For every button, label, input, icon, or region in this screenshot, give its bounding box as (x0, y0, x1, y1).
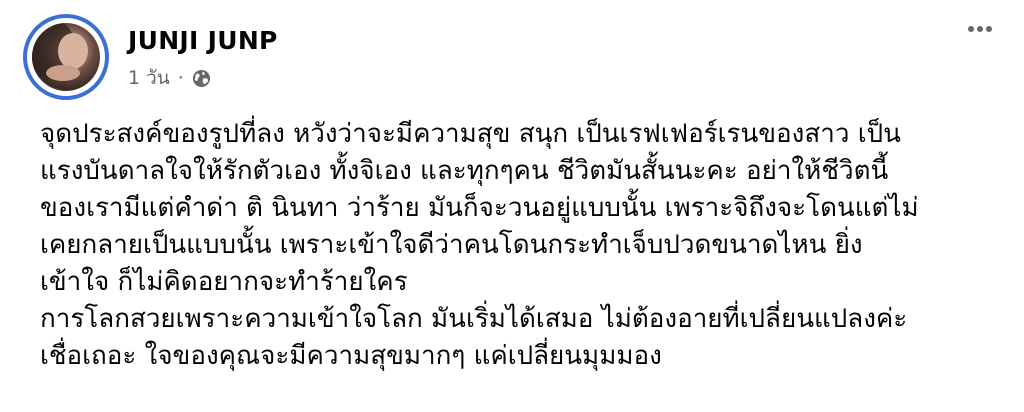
post-text-line: เคยกลายเป็นแบบนั้น เพราะเข้าใจดีว่าคนโดน… (40, 227, 1010, 264)
meta-separator: · (178, 67, 184, 89)
dot-icon (986, 26, 992, 32)
post-text-line: จุดประสงค์ของรูปที่ลง หวังว่าจะมีความสุข… (40, 116, 1010, 153)
post-text-line: การโลกสวยเพราะความเข้าใจโลก มันเริ่มได้เ… (40, 301, 1010, 338)
post-text-line: ของเรามีแต่คำด่า ติ นินทา ว่าร้าย มันก็จ… (40, 190, 1010, 227)
post-timestamp[interactable]: 1 วัน (128, 63, 170, 93)
post-text-line: เข้าใจ ก็ไม่คิดอยากจะทำร้ายใคร (40, 264, 1010, 301)
post-text-line: เชื่อเถอะ ใจของคุณจะมีความสุขมากๆ แค่เปล… (40, 338, 1010, 375)
post-body: จุดประสงค์ของรูปที่ลง หวังว่าจะมีความสุข… (40, 116, 1010, 375)
post-meta: 1 วัน · (128, 63, 211, 93)
author-name[interactable]: JUNJI JUNP (128, 26, 278, 55)
dot-icon (968, 26, 974, 32)
profile-photo (32, 23, 100, 91)
dot-icon (977, 26, 983, 32)
more-options-button[interactable] (968, 26, 992, 32)
avatar[interactable] (23, 14, 109, 100)
facebook-post: JUNJI JUNP 1 วัน · จุดประสงค์ของรูปที่ลง… (0, 0, 1024, 412)
post-text-line: แรงบันดาลใจให้รักตัวเอง ทั้งจิเอง และทุก… (40, 153, 1010, 190)
globe-icon[interactable] (192, 69, 211, 88)
